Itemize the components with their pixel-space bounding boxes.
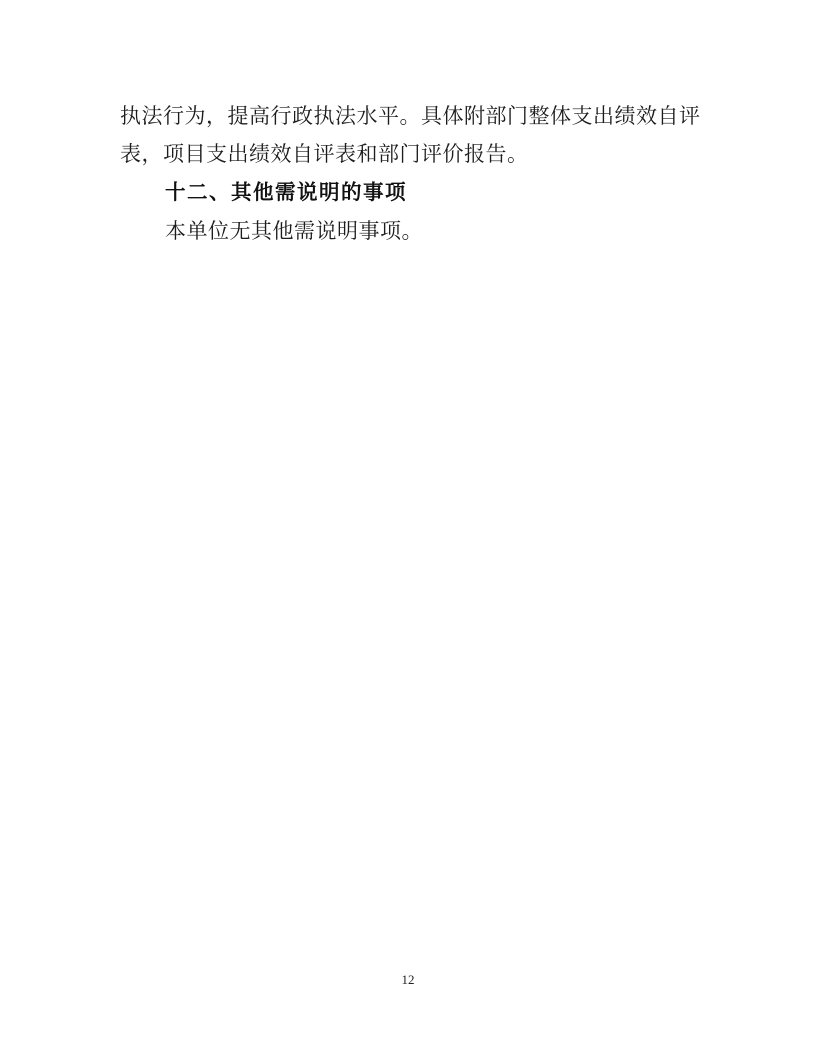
document-page: 执法行为，提高行政执法水平。具体附部门整体支出绩效自评 表，项目支出绩效自评表和… <box>0 0 816 1056</box>
document-body: 执法行为，提高行政执法水平。具体附部门整体支出绩效自评 表，项目支出绩效自评表和… <box>120 97 698 250</box>
page-number: 12 <box>0 972 816 988</box>
section-heading: 十二、其他需说明的事项 <box>120 173 698 212</box>
paragraph-line: 表，项目支出绩效自评表和部门评价报告。 <box>120 135 698 173</box>
paragraph-line: 本单位无其他需说明事项。 <box>120 212 698 250</box>
paragraph-line: 执法行为，提高行政执法水平。具体附部门整体支出绩效自评 <box>120 97 698 135</box>
